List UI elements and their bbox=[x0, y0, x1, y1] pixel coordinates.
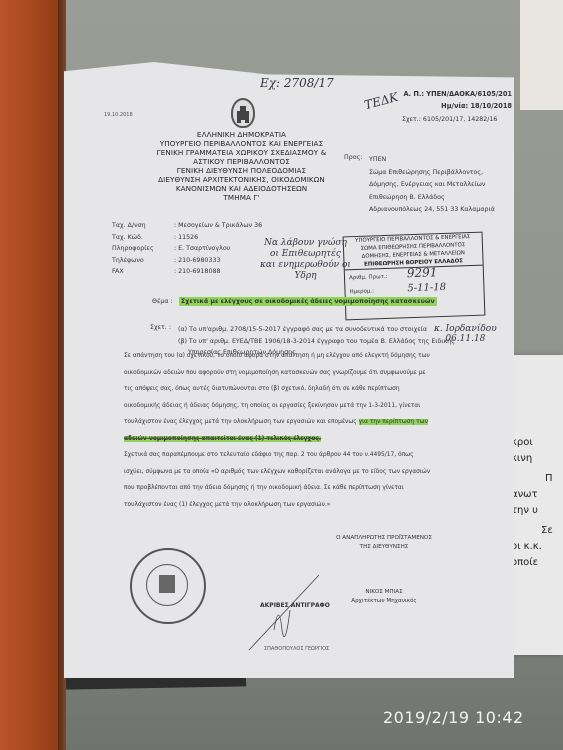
seal-inner-ring bbox=[146, 564, 188, 606]
protocol-block: Α. Π.: ΥΠΕΝ/ΔΑΟΚΑ/6105/201 Ημ/νία: 18/10… bbox=[394, 88, 512, 112]
notice-fragment: κινη bbox=[511, 453, 532, 464]
stamp-date-label: Ημερομ.: bbox=[349, 288, 374, 295]
contact-value: : Μεσογείων & Τρικάλων 36 bbox=[174, 220, 262, 232]
greek-coat-of-arms-icon bbox=[231, 98, 255, 128]
protocol-date: Ημ/νία: 18/10/2018 bbox=[394, 100, 512, 112]
highlighted-text: αδειών νομιμοποίησης απαιτείται ένας (1)… bbox=[124, 436, 321, 442]
header-line: ΚΑΝΟΝΙΣΜΩΝ ΚΑΙ ΑΔΕΙΟΔΟΤΗΣΕΩΝ bbox=[124, 184, 359, 193]
header-line: ΑΣΤΙΚΟΥ ΠΕΡΙΒΑΛΛΟΝΤΟΣ bbox=[124, 157, 359, 166]
body-line: τουλάχιστον ένας έλεγχος μετά την ολοκλή… bbox=[124, 419, 357, 425]
contact-label: Ταχ. Δ/νση bbox=[112, 220, 154, 232]
recipient-line: Σώμα Επιθεώρησης Περιβάλλοντος, bbox=[369, 167, 495, 180]
recipient-block: ΥΠΕΝ Σώμα Επιθεώρησης Περιβάλλοντος, Δόμ… bbox=[369, 154, 495, 217]
handwritten-note: Να λάβουν γνώση οι Επιθεωρητές και ενημε… bbox=[260, 238, 351, 282]
notice-fragment: την υ bbox=[511, 505, 538, 516]
recipient-line: ΥΠΕΝ bbox=[369, 154, 495, 167]
header-line: ΓΕΝΙΚΗ ΔΙΕΥΘΥΝΣΗ ΠΟΛΕΟΔΟΜΙΑΣ bbox=[124, 166, 359, 175]
header-line: ΓΕΝΙΚΗ ΓΡΑΜΜΑΤΕΙΑ ΧΩΡΙΚΟΥ ΣΧΕΔΙΑΣΜΟΥ & bbox=[124, 148, 359, 157]
contact-value: : 210-6980333 bbox=[174, 255, 262, 267]
recipient-line: Αδριανουπόλεως 24, 551 33 Καλαμαριά bbox=[369, 204, 495, 217]
body-line: οικοδομικών αδειών που αφορούν στη νομιμ… bbox=[124, 365, 430, 382]
header-line: ΥΠΟΥΡΓΕΙΟ ΠΕΡΙΒΑΛΛΟΝΤΟΣ ΚΑΙ ΕΝΕΡΓΕΙΑΣ bbox=[124, 139, 359, 148]
protocol-number: Α. Π.: ΥΠΕΝ/ΔΑΟΚΑ/6105/201 bbox=[394, 88, 512, 100]
note-line: οι Επιθεωρητές bbox=[260, 249, 351, 260]
contact-label: Πληροφορίες bbox=[112, 243, 154, 255]
body-line: τις απόψεις σας, όπως αυτές διατυπώνοντα… bbox=[124, 381, 430, 398]
stamp-date-value: 5-11-18 bbox=[407, 282, 446, 294]
letterhead: ΕΛΛΗΝΙΚΗ ΔΗΜΟΚΡΑΤΙΑ ΥΠΟΥΡΓΕΙΟ ΠΕΡΙΒΑΛΛΟΝ… bbox=[124, 130, 359, 202]
contact-label: FAX bbox=[112, 266, 154, 278]
body-line: οικοδομικής άδειας ή άδειας δόμησης, τη … bbox=[124, 398, 430, 415]
body-paragraph-2: Σχετικά σας παραπέμπουμε στο τελευταίο ε… bbox=[124, 447, 430, 513]
note-line: Υδρη bbox=[260, 271, 351, 282]
received-stamp: ΥΠΟΥΡΓΕΙΟ ΠΕΡΙΒΑΛΛΟΝΤΟΣ & ΕΝΕΡΓΕΙΑΣ ΣΩΜΑ… bbox=[343, 232, 486, 321]
stamp-prot-label: Αριθμ. Πρωτ.: bbox=[349, 274, 388, 281]
header-line: ΔΙΕΥΘΥΝΣΗ ΑΡΧΙΤΕΚΤΟΝΙΚΗΣ, ΟΙΚΟΔΟΜΙΚΩΝ bbox=[124, 175, 359, 184]
stamp-prot-value: 9291 bbox=[407, 265, 438, 280]
signature-title-line: ΤΗΣ ΔΙΕΥΘΥΝΣΗΣ bbox=[304, 543, 464, 552]
note-line: Να λάβουν γνώση bbox=[260, 238, 351, 249]
body-line: ισχύει, σύμφωνα με τα οποία «Ο αριθμός τ… bbox=[124, 464, 430, 481]
background-notice-top bbox=[520, 0, 563, 110]
body-line: Σχετικά σας παραπέμπουμε στο τελευταίο ε… bbox=[124, 447, 430, 464]
recipient-label: Προς: bbox=[344, 154, 362, 161]
header-line: ΤΜΗΜΑ Γ' bbox=[124, 193, 359, 202]
subject-text: Σχετικά με ελέγχους σε οικοδομικές άδειε… bbox=[179, 297, 437, 306]
recipient-line: Επιθεώρηση Β. Ελλάδος bbox=[369, 192, 495, 205]
notice-fragment: ανωτ bbox=[511, 489, 538, 500]
notice-fragment: οι κ.κ. bbox=[511, 541, 542, 552]
contact-value: : Ε. Τσαρτίνογλου bbox=[174, 243, 262, 255]
contact-value: : 11526 bbox=[174, 232, 262, 244]
notice-fragment: οποίε bbox=[511, 557, 538, 568]
signature-title-line: Ο ΑΝΑΠΛΗΡΩΤΗΣ ΠΡΟΪΣΤΑΜΕΝΟΣ bbox=[304, 534, 464, 543]
signature-scribble bbox=[244, 570, 324, 660]
contact-label: Ταχ. Κώδ. bbox=[112, 232, 154, 244]
related-refs: Σχετ.: 6105/201/17, 14282/16 bbox=[402, 116, 497, 123]
seal-emblem-icon bbox=[159, 575, 175, 593]
signature-title: Ο ΑΝΑΠΛΗΡΩΤΗΣ ΠΡΟΪΣΤΑΜΕΝΟΣ ΤΗΣ ΔΙΕΥΘΥΝΣΗ… bbox=[304, 534, 464, 552]
handwritten-ref: Εχ: 2708/17 bbox=[260, 76, 334, 90]
subject-label: Θέμα : bbox=[152, 298, 173, 305]
recipient-line: Δόμησης, Ενέργειας και Μεταλλείων bbox=[369, 179, 495, 192]
body-line: τουλάχιστον ένας (1) έλεγχος μετά την ολ… bbox=[124, 497, 430, 514]
received-stamp-corner: 19.10.2018 bbox=[104, 112, 133, 118]
ref-line: (β) Το υπ' αριθμ. ΕΥΕΔ/ΤΒΕ 1906/18-3-201… bbox=[178, 336, 455, 348]
wooden-door bbox=[0, 0, 62, 750]
refs-label: Σχετ. : bbox=[150, 324, 171, 331]
body-paragraph-1: Σε απάντηση του (α) σχετικού, το οποίο α… bbox=[124, 348, 430, 447]
signatory-name: ΝΙΚΟΣ ΜΠΙΑΣ bbox=[304, 588, 464, 597]
notice-fragment: κροι bbox=[511, 437, 533, 448]
ref-line: (α) Το υπ'αριθμ. 2708/15-5-2017 έγγραφό … bbox=[178, 324, 455, 336]
contact-label: Τηλέφωνο bbox=[112, 255, 154, 267]
contact-value: : 210-6918088 bbox=[174, 266, 262, 278]
notice-fragment: Π bbox=[545, 473, 553, 484]
highlighted-text: για την περίπτωση των bbox=[359, 419, 428, 425]
body-line: που προβλέπονται από την άδεια δόμησης ή… bbox=[124, 480, 430, 497]
header-line: ΕΛΛΗΝΙΚΗ ΔΗΜΟΚΡΑΤΙΑ bbox=[124, 130, 359, 139]
note-line: και ενημερωθούν οι bbox=[260, 260, 351, 271]
official-seal bbox=[130, 548, 206, 624]
contact-values: : Μεσογείων & Τρικάλων 36 : 11526 : Ε. Τ… bbox=[174, 220, 262, 278]
contact-labels: Ταχ. Δ/νση Ταχ. Κώδ. Πληροφορίες Τηλέφων… bbox=[112, 220, 154, 278]
photo-timestamp: 2019/2/19 10:42 bbox=[383, 708, 524, 727]
notice-fragment: Σε bbox=[541, 525, 553, 536]
body-line: Σε απάντηση του (α) σχετικού, το οποίο α… bbox=[124, 348, 430, 365]
